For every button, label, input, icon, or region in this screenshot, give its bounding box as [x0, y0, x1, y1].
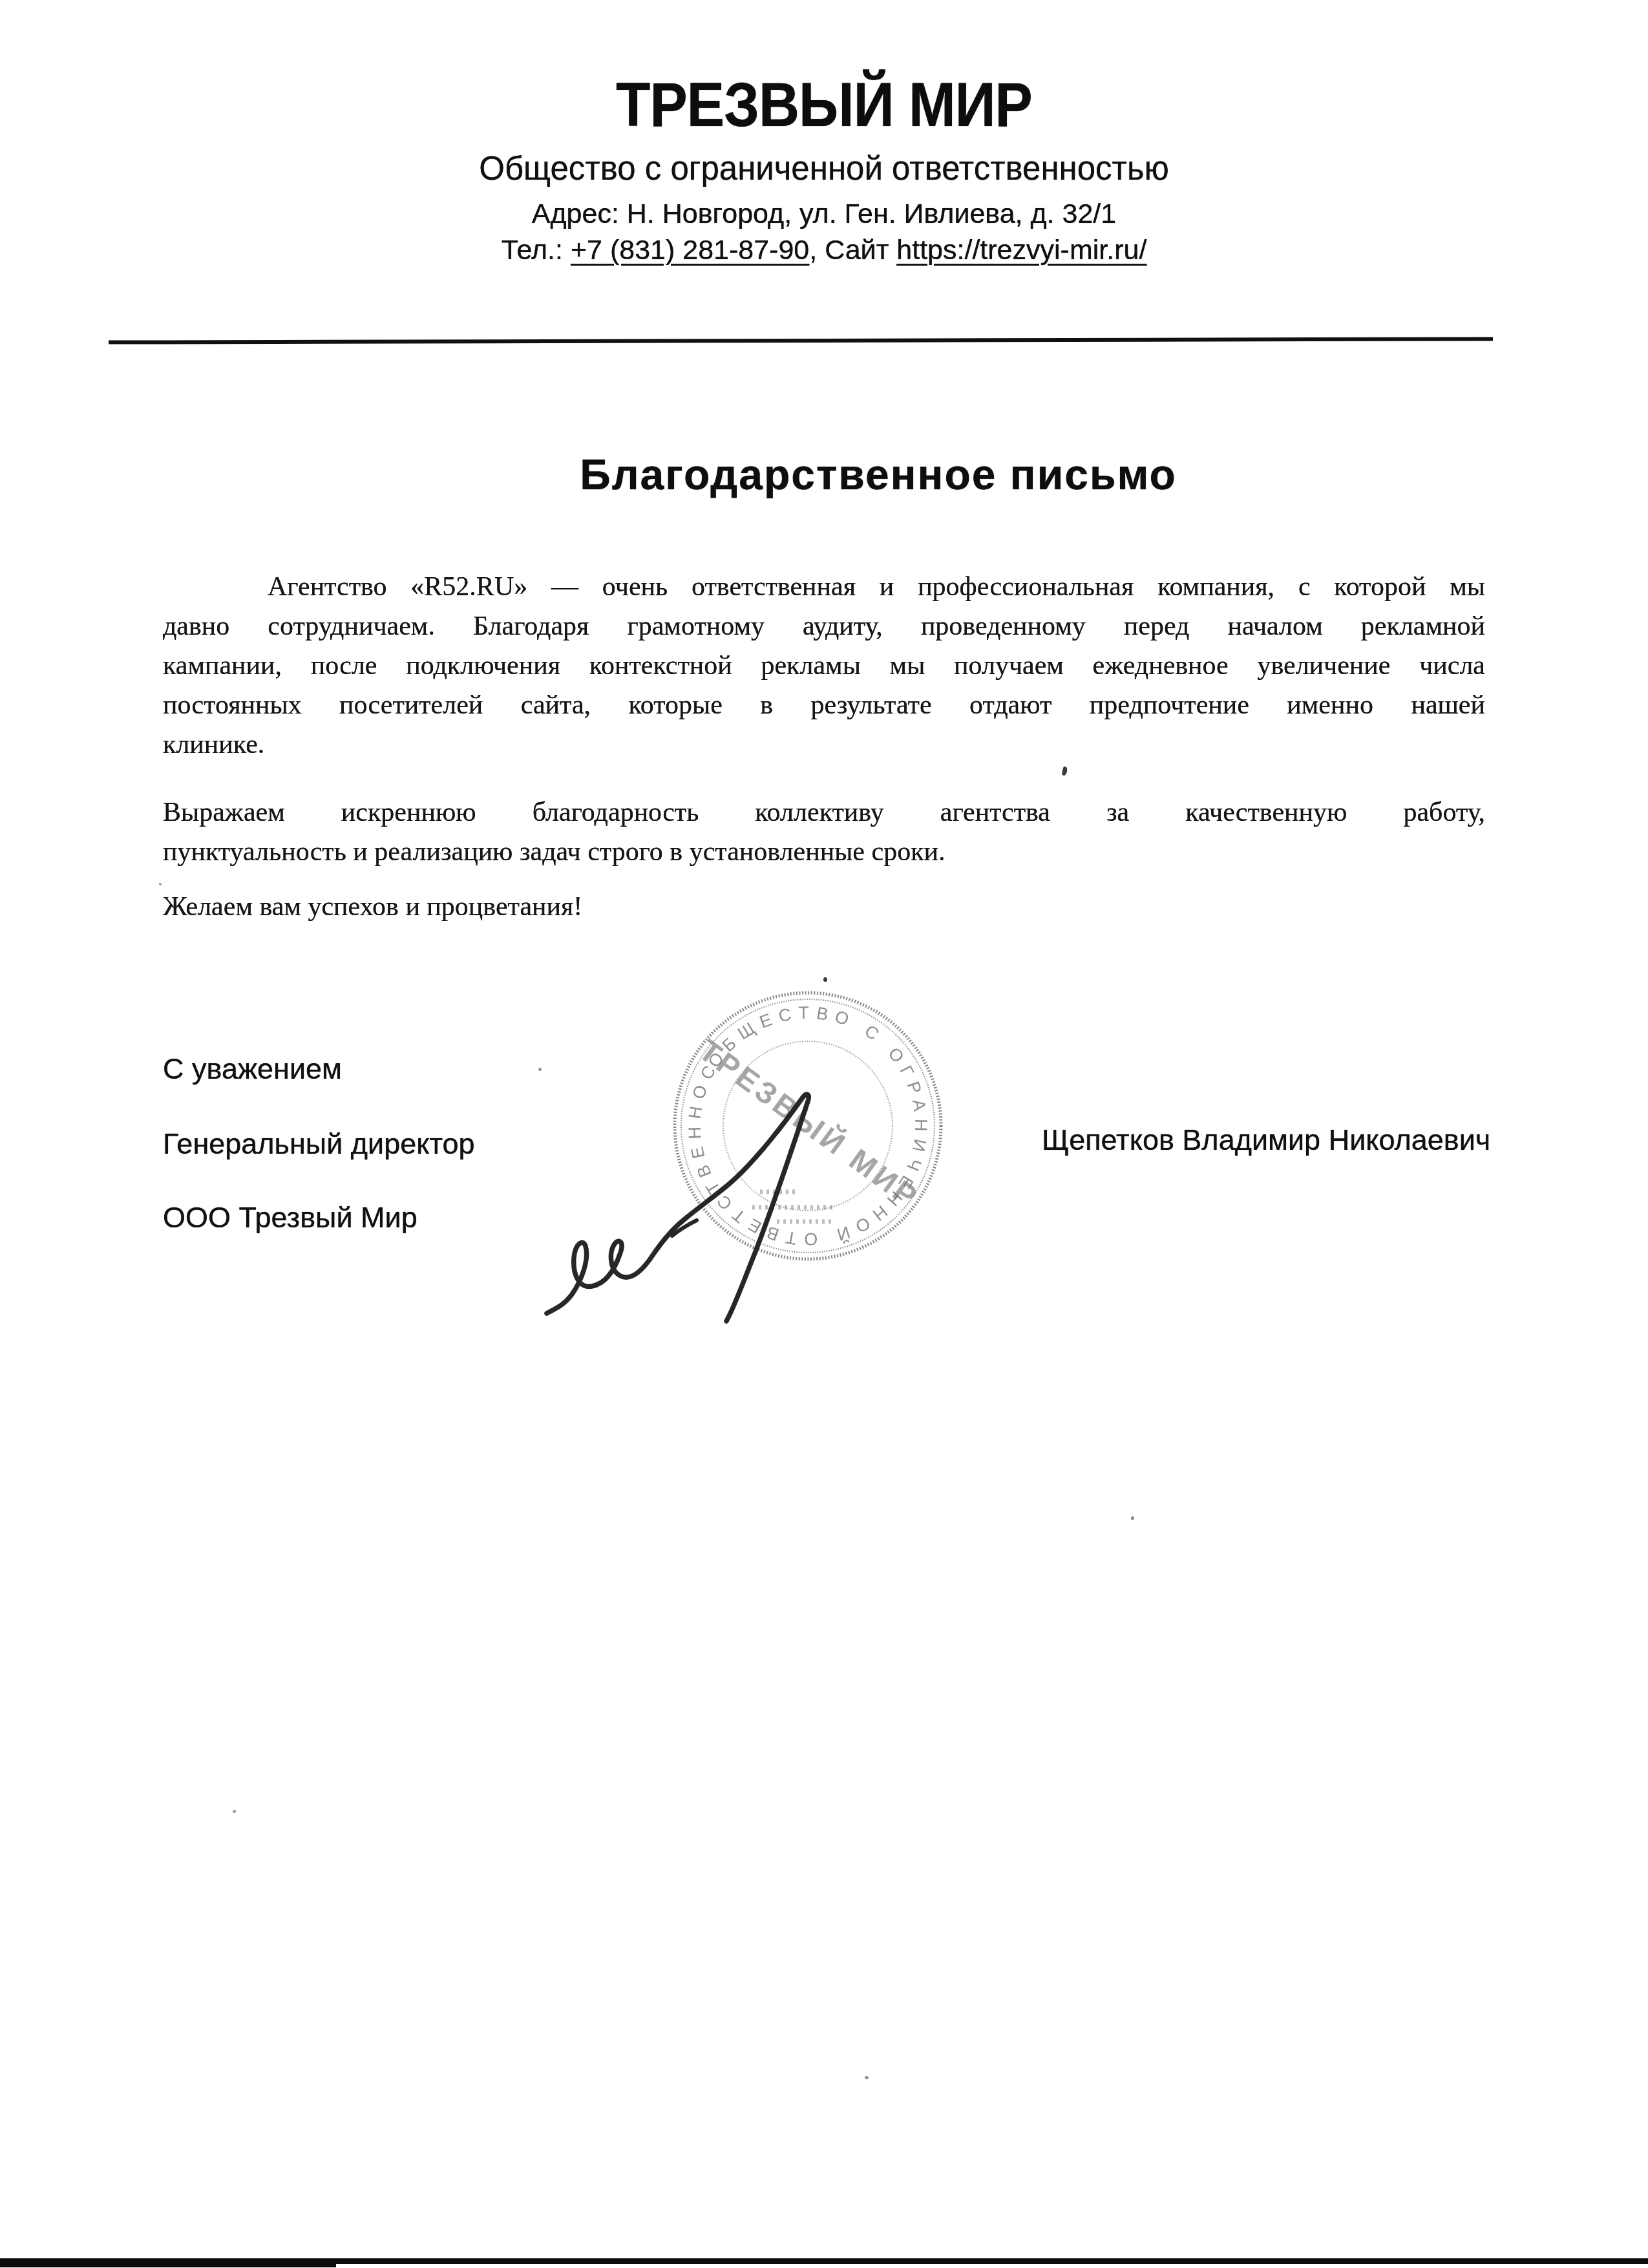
body-line: клинике. [163, 725, 1485, 765]
scanned-letter-page: ТРЕЗВЫЙ МИР Общество с ограниченной отве… [0, 0, 1648, 2268]
signer-name: Щепетков Владимир Николаевич [1042, 1123, 1490, 1157]
paragraph: Желаем вам успехов и процветания! [163, 887, 1485, 927]
letterhead-divider [109, 337, 1493, 344]
letter-body: Агентство «R52.RU» — очень ответственная… [163, 567, 1485, 927]
closing-company: ООО Трезвый Мир [163, 1201, 417, 1235]
scan-speck [233, 1810, 236, 1813]
body-line: давно сотрудничаем. Благодаря грамотному… [163, 607, 1485, 646]
address-line: Адрес: Н. Новгород, ул. Ген. Ивлиева, д.… [0, 198, 1648, 230]
body-line: Выражаем искреннюю благодарность коллект… [163, 793, 1485, 832]
signature-path [547, 1094, 808, 1321]
scan-speck [865, 2076, 869, 2079]
closing-position: Генеральный директор [163, 1127, 475, 1161]
site-url: https://trezvyi-mir.ru/ [896, 235, 1146, 266]
scan-speck [538, 1068, 542, 1071]
scan-speck [159, 883, 162, 885]
phone-label: Тел.: [502, 235, 571, 266]
phone-number: +7 (831) 281-87-90 [571, 235, 809, 266]
org-type: Общество с ограниченной ответственностью [0, 150, 1648, 187]
scan-speck [1131, 1516, 1134, 1520]
signature [543, 1021, 827, 1331]
contact-line: Тел.: +7 (831) 281-87-90, Сайт https://t… [0, 234, 1648, 266]
closing-regards: С уважением [163, 1052, 342, 1086]
paragraph: Выражаем искреннюю благодарность коллект… [163, 793, 1485, 872]
scan-speck [823, 977, 827, 982]
site-label: , Сайт [809, 235, 896, 266]
bottom-scan-edge-2 [0, 2263, 336, 2267]
body-line: пунктуальность и реализацию задач строго… [163, 832, 1485, 872]
body-line: Агентство «R52.RU» — очень ответственная… [163, 567, 1485, 607]
body-line: постоянных посетителей сайта, которые в … [163, 686, 1485, 725]
letter-title: Благодарственное письмо [54, 449, 1648, 500]
body-line: кампании, после подключения контекстной … [163, 646, 1485, 686]
paragraph: Агентство «R52.RU» — очень ответственная… [163, 567, 1485, 765]
body-line: Желаем вам успехов и процветания! [163, 887, 1485, 927]
company-name: ТРЕЗВЫЙ МИР [83, 72, 1566, 137]
